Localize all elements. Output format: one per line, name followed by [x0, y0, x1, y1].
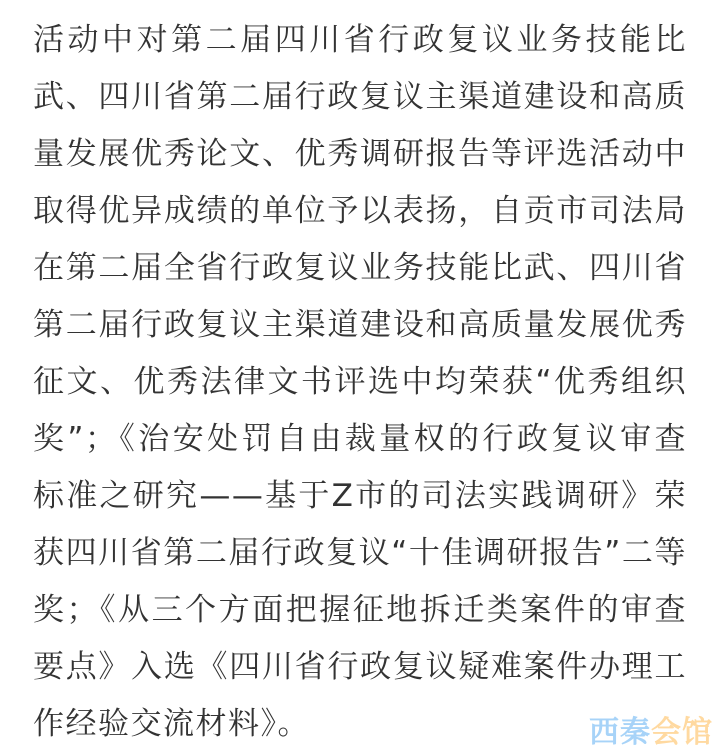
- paragraph-line: 取得优异成绩的单位予以表扬，自贡市司法局: [33, 183, 687, 240]
- paragraph-line: 活动中对第二届四川省行政复议业务技能比: [33, 12, 687, 69]
- paragraph-line: 量发展优秀论文、优秀调研报告等评选活动中: [33, 126, 687, 183]
- paragraph-line: 在第二届全省行政复议业务技能比武、四川省: [33, 240, 687, 297]
- paragraph-line: 武、四川省第二届行政复议主渠道建设和高质: [33, 69, 687, 126]
- paragraph-line: 征文、优秀法律文书评选中均荣获“优秀组织: [33, 354, 687, 411]
- watermark-text-blue: 西秦: [589, 715, 651, 750]
- article-page: 活动中对第二届四川省行政复议业务技能比 武、四川省第二届行政复议主渠道建设和高质…: [0, 0, 720, 756]
- watermark: 西秦会馆: [589, 718, 713, 748]
- paragraph-line: 获四川省第二届行政复议“十佳调研报告”二等: [33, 525, 687, 582]
- paragraph-line: 标准之研究——基于Z市的司法实践调研》荣: [33, 468, 687, 525]
- paragraph-line: 要点》入选《四川省行政复议疑难案件办理工: [33, 639, 687, 696]
- article-body-text: 活动中对第二届四川省行政复议业务技能比 武、四川省第二届行政复议主渠道建设和高质…: [0, 0, 720, 753]
- paragraph-line: 奖；《从三个方面把握征地拆迁类案件的审查: [33, 582, 687, 639]
- paragraph-line: 第二届行政复议主渠道建设和高质量发展优秀: [33, 297, 687, 354]
- paragraph-line: 奖”；《治安处罚自由裁量权的行政复议审查: [33, 411, 687, 468]
- watermark-text-orange: 会馆: [651, 715, 713, 750]
